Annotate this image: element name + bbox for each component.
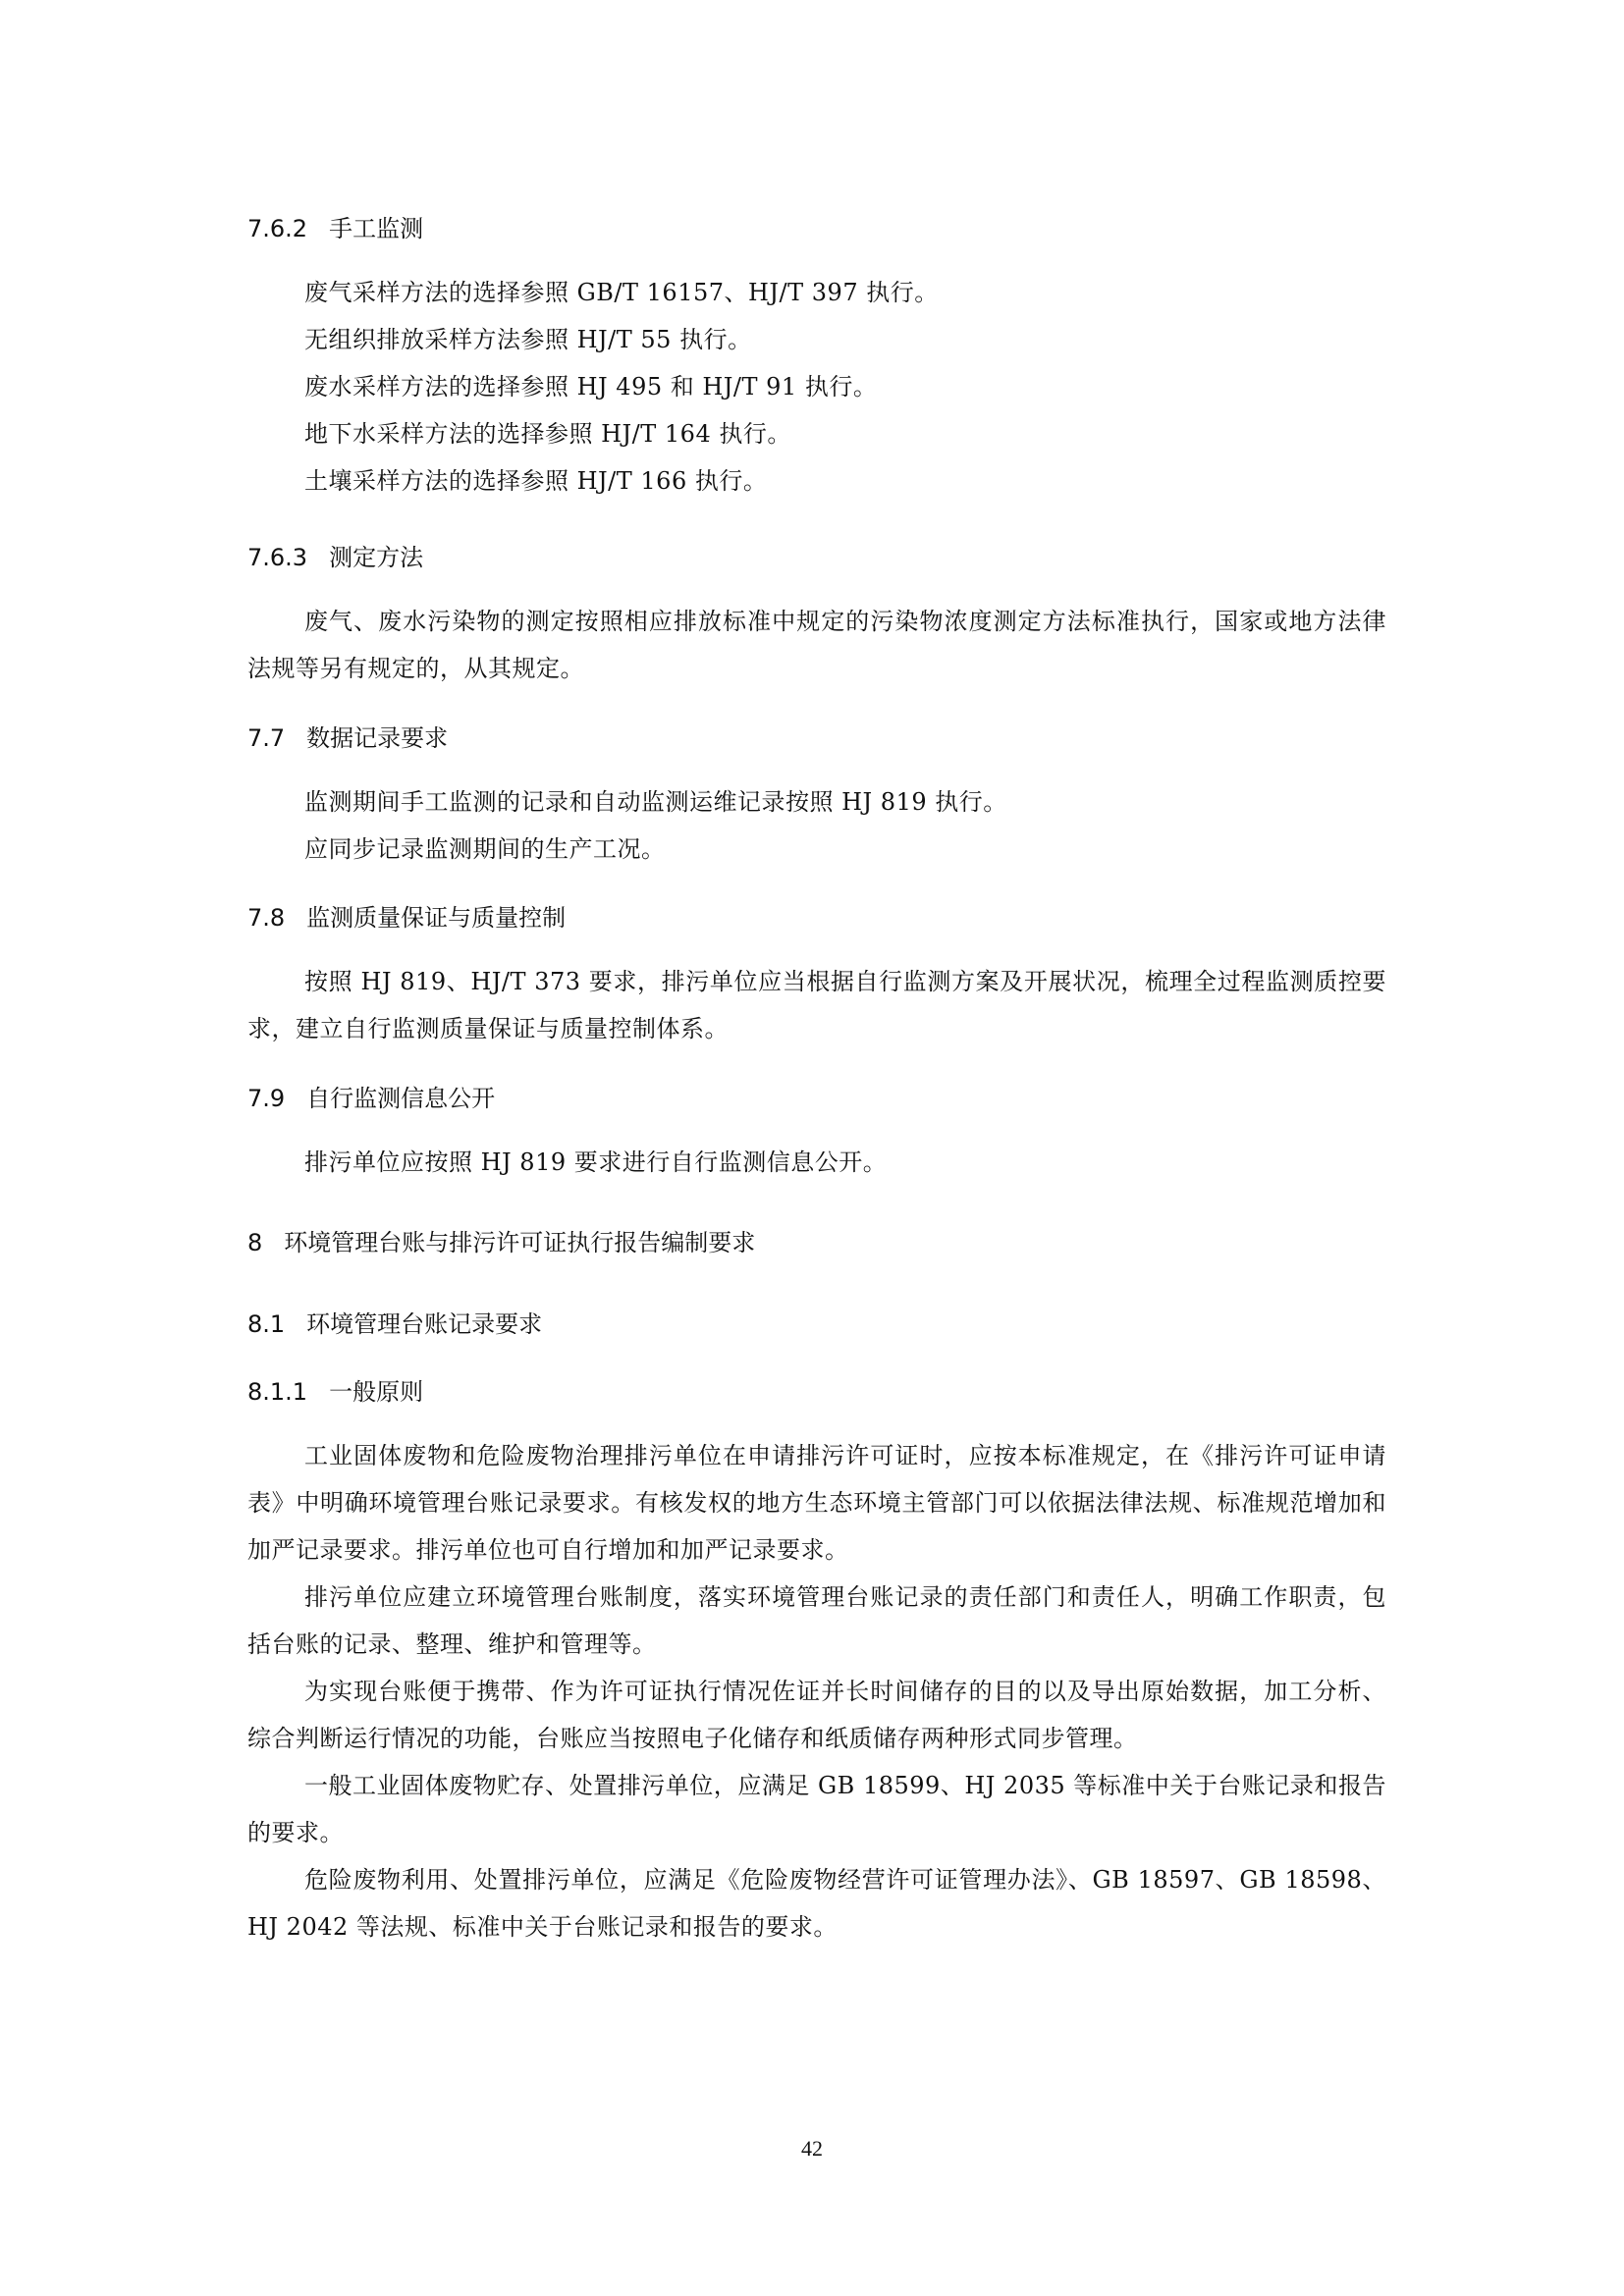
body-line: 地下水采样方法的选择参照 HJ/T 164 执行。 (247, 410, 1386, 457)
heading-7-7: 7.7数据记录要求 (247, 723, 1386, 753)
heading-number: 8.1 (247, 1309, 285, 1339)
heading-7-6-2: 7.6.2手工监测 (247, 214, 1386, 243)
heading-title: 环境管理台账与排污许可证执行报告编制要求 (284, 1228, 755, 1257)
section-8-1-1-body: 工业固体废物和危险废物治理排污单位在申请排污许可证时，应按本标准规定，在《排污许… (247, 1432, 1386, 1950)
heading-7-9: 7.9自行监测信息公开 (247, 1084, 1386, 1113)
heading-title: 一般原则 (329, 1377, 423, 1407)
heading-8: 8环境管理台账与排污许可证执行报告编制要求 (247, 1228, 1386, 1257)
heading-number: 7.8 (247, 903, 285, 933)
section-7-6-2-body: 废气采样方法的选择参照 GB/T 16157、HJ/T 397 执行。 无组织排… (247, 269, 1386, 505)
heading-title: 环境管理台账记录要求 (306, 1309, 542, 1339)
page-number: 42 (0, 2136, 1624, 2162)
heading-8-1-1: 8.1.1一般原则 (247, 1377, 1386, 1407)
section-7-8-body: 按照 HJ 819、HJ/T 373 要求，排污单位应当根据自行监测方案及开展状… (247, 958, 1386, 1052)
heading-7-6-3: 7.6.3测定方法 (247, 543, 1386, 572)
heading-title: 手工监测 (329, 214, 423, 243)
body-line: 应同步记录监测期间的生产工况。 (247, 826, 1386, 873)
section-7-6-3-body: 废气、废水污染物的测定按照相应排放标准中规定的污染物浓度测定方法标准执行，国家或… (247, 598, 1386, 692)
body-paragraph: 按照 HJ 819、HJ/T 373 要求，排污单位应当根据自行监测方案及开展状… (247, 958, 1386, 1052)
heading-title: 数据记录要求 (306, 723, 448, 753)
heading-number: 8.1.1 (247, 1377, 307, 1407)
body-paragraph: 废气、废水污染物的测定按照相应排放标准中规定的污染物浓度测定方法标准执行，国家或… (247, 598, 1386, 692)
document-page: 7.6.2手工监测 废气采样方法的选择参照 GB/T 16157、HJ/T 39… (0, 0, 1624, 2296)
body-paragraph: 危险废物利用、处置排污单位，应满足《危险废物经营许可证管理办法》、GB 1859… (247, 1856, 1386, 1950)
body-line: 废水采样方法的选择参照 HJ 495 和 HJ/T 91 执行。 (247, 363, 1386, 410)
heading-title: 自行监测信息公开 (306, 1084, 495, 1113)
heading-number: 7.6.2 (247, 214, 307, 243)
section-7-7-body: 监测期间手工监测的记录和自动监测运维记录按照 HJ 819 执行。 应同步记录监… (247, 778, 1386, 873)
body-paragraph: 工业固体废物和危险废物治理排污单位在申请排污许可证时，应按本标准规定，在《排污许… (247, 1432, 1386, 1574)
body-line: 排污单位应按照 HJ 819 要求进行自行监测信息公开。 (247, 1139, 1386, 1186)
heading-title: 测定方法 (329, 543, 423, 572)
body-line: 无组织排放采样方法参照 HJ/T 55 执行。 (247, 316, 1386, 363)
heading-title: 监测质量保证与质量控制 (306, 903, 566, 933)
heading-7-8: 7.8监测质量保证与质量控制 (247, 903, 1386, 933)
body-paragraph: 排污单位应建立环境管理台账制度，落实环境管理台账记录的责任部门和责任人，明确工作… (247, 1574, 1386, 1668)
heading-number: 7.9 (247, 1084, 285, 1113)
body-paragraph: 一般工业固体废物贮存、处置排污单位，应满足 GB 18599、HJ 2035 等… (247, 1762, 1386, 1856)
heading-number: 7.6.3 (247, 543, 307, 572)
heading-8-1: 8.1环境管理台账记录要求 (247, 1309, 1386, 1339)
body-paragraph: 为实现台账便于携带、作为许可证执行情况佐证并长时间储存的目的以及导出原始数据，加… (247, 1668, 1386, 1762)
body-line: 废气采样方法的选择参照 GB/T 16157、HJ/T 397 执行。 (247, 269, 1386, 316)
section-7-9-body: 排污单位应按照 HJ 819 要求进行自行监测信息公开。 (247, 1139, 1386, 1186)
heading-number: 7.7 (247, 723, 285, 753)
body-line: 监测期间手工监测的记录和自动监测运维记录按照 HJ 819 执行。 (247, 778, 1386, 826)
body-line: 土壤采样方法的选择参照 HJ/T 166 执行。 (247, 457, 1386, 505)
heading-number: 8 (247, 1228, 262, 1257)
